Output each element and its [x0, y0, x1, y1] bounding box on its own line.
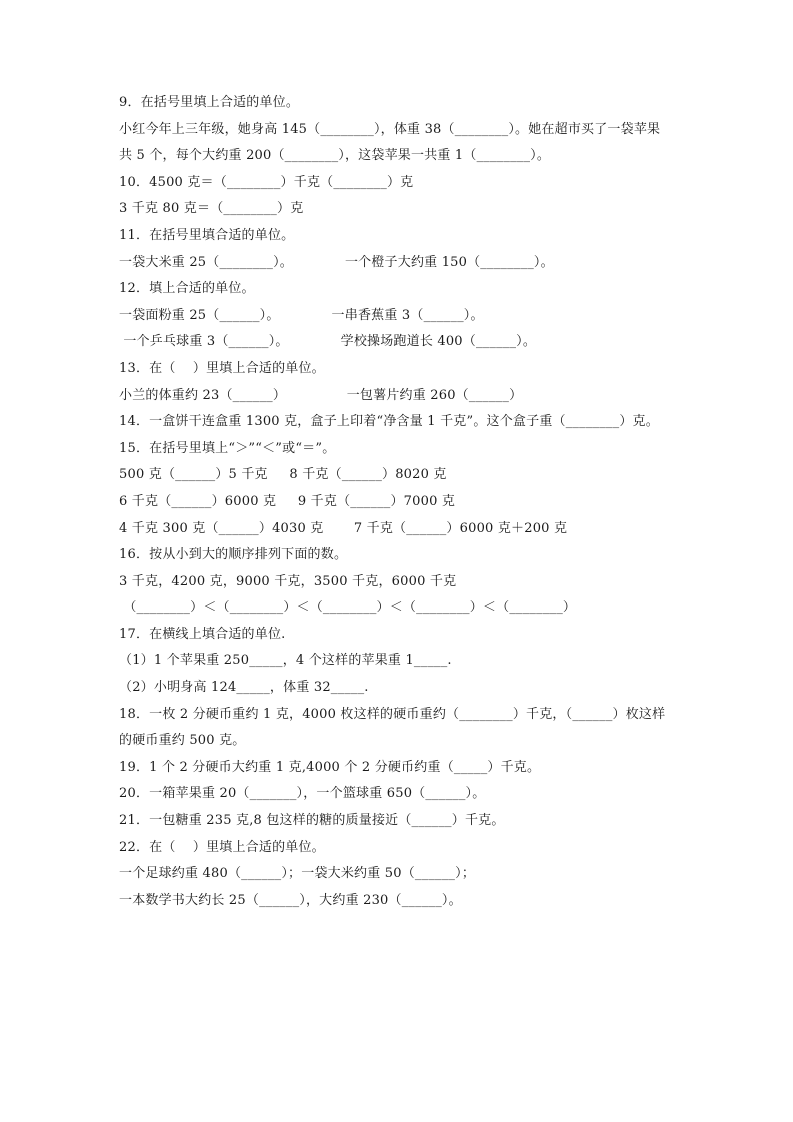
question-16-title: 16．按从小到大的顺序排列下面的数。: [119, 542, 689, 569]
question-12-line-1: 一袋面粉重 25（______）。 一串香蕉重 3（______）。: [119, 303, 689, 330]
worksheet-page: 9．在括号里填上合适的单位。 小红今年上三年级，她身高 145（________…: [119, 90, 689, 914]
question-21: 21．一包糖重 235 克,8 包这样的糖的质量接近（______）千克。: [119, 808, 689, 835]
question-14: 14．一盒饼干连盒重 1300 克，盒子上印着“净含量 1 千克”。这个盒子重（…: [119, 409, 689, 436]
question-16-line-1: 3 千克，4200 克，9000 千克，3500 千克，6000 千克: [119, 569, 689, 596]
question-13-title: 13．在（ ）里填上合适的单位。: [119, 356, 689, 383]
question-9-line-1: 小红今年上三年级，她身高 145（________），体重 38（_______…: [119, 117, 689, 144]
question-18-line-1: 18．一枚 2 分硬币重约 1 克，4000 枚这样的硬币重约（________…: [119, 702, 689, 729]
question-13-line-1: 小兰的体重约 23（______） 一包薯片约重 260（______）: [119, 383, 689, 410]
question-9-line-2: 共 5 个，每个大约重 200（________），这袋苹果一共重 1（____…: [119, 143, 689, 170]
question-18-line-2: 的硬币重约 500 克。: [119, 728, 689, 755]
question-9-title: 9．在括号里填上合适的单位。: [119, 90, 689, 117]
question-15-line-3: 4 千克 300 克（______）4030 克 7 千克（______）600…: [119, 516, 689, 543]
question-11-line-1: 一袋大米重 25（________）。 一个橙子大约重 150（________…: [119, 250, 689, 277]
question-11-title: 11．在括号里填合适的单位。: [119, 223, 689, 250]
question-20: 20．一箱苹果重 20（_______），一个篮球重 650（______）。: [119, 781, 689, 808]
question-15-line-2: 6 千克（______）6000 克 9 千克（______）7000 克: [119, 489, 689, 516]
question-22-line-1: 一个足球约重 480（______）；一袋大米约重 50（______）；: [119, 861, 689, 888]
question-12-line-2: 一个乒乓球重 3（______）。 学校操场跑道长 400（______）。: [119, 329, 689, 356]
question-10-line-1: 10．4500 克＝（________）千克（________）克: [119, 170, 689, 197]
question-10-line-2: 3 千克 80 克＝（________）克: [119, 196, 689, 223]
question-19: 19．1 个 2 分硬币大约重 1 克,4000 个 2 分硬币约重（_____…: [119, 755, 689, 782]
question-16-line-2: （________）＜（________）＜（________）＜（______…: [119, 595, 689, 622]
question-15-title: 15．在括号里填上“＞”“＜”或“＝”。: [119, 436, 689, 463]
question-22-line-2: 一本数学书大约长 25（______），大约重 230（______）。: [119, 888, 689, 915]
question-17-title: 17．在横线上填合适的单位.: [119, 622, 689, 649]
question-15-line-1: 500 克（______）5 千克 8 千克（______）8020 克: [119, 462, 689, 489]
question-17-line-1: （1）1 个苹果重 250_____，4 个这样的苹果重 1_____.: [119, 648, 689, 675]
question-17-line-2: （2）小明身高 124_____，体重 32_____.: [119, 675, 689, 702]
question-22-title: 22．在（ ）里填上合适的单位。: [119, 835, 689, 862]
question-12-title: 12．填上合适的单位。: [119, 276, 689, 303]
